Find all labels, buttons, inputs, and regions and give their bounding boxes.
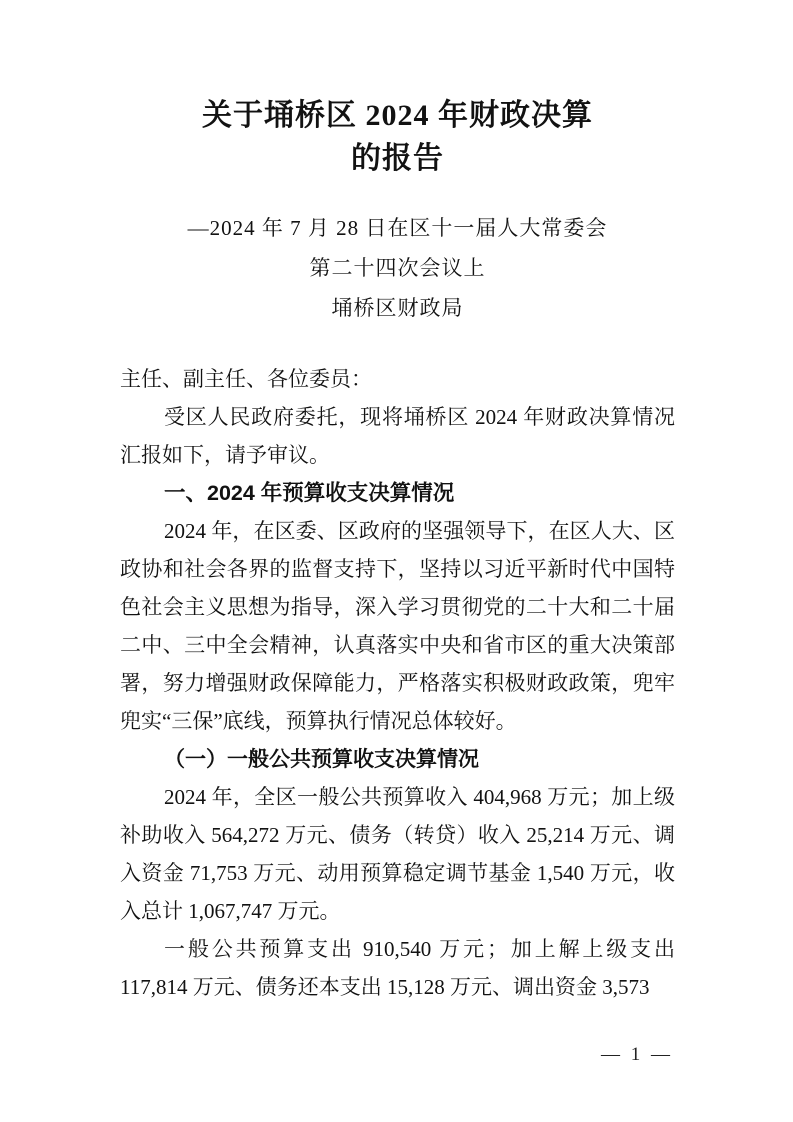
section-1-paragraph: 2024 年，在区委、区政府的坚强领导下，在区人大、区政协和社会各界的监督支持下… (120, 512, 675, 740)
page-number: — 1 — (601, 1044, 673, 1066)
document-body: 主任、副主任、各位委员： 受区人民政府委托，现将埇桥区 2024 年财政决算情况… (120, 360, 675, 1006)
subtitle-issuing-agency: 埇桥区财政局 (120, 288, 675, 328)
title-line-2: 的报告 (120, 137, 675, 180)
subtitle-meeting-date: —2024 年 7 月 28 日在区十一届人大常委会 (120, 208, 675, 248)
document-subtitle: —2024 年 7 月 28 日在区十一届人大常委会 第二十四次会议上 埇桥区财… (120, 208, 675, 328)
subsection-1-heading: （一）一般公共预算收支决算情况 (120, 740, 675, 778)
document-content: 关于埇桥区 2024 年财政决算 的报告 —2024 年 7 月 28 日在区十… (0, 0, 793, 1006)
salutation: 主任、副主任、各位委员： (120, 360, 675, 398)
subtitle-meeting-session: 第二十四次会议上 (120, 248, 675, 288)
intro-paragraph: 受区人民政府委托，现将埇桥区 2024 年财政决算情况汇报如下，请予审议。 (120, 398, 675, 474)
revenue-paragraph: 2024 年，全区一般公共预算收入 404,968 万元；加上级补助收入 564… (120, 778, 675, 930)
expenditure-paragraph: 一般公共预算支出 910,540 万元；加上解上级支出 117,814 万元、债… (120, 930, 675, 1006)
document-title: 关于埇桥区 2024 年财政决算 的报告 (120, 0, 675, 180)
document-page: 关于埇桥区 2024 年财政决算 的报告 —2024 年 7 月 28 日在区十… (0, 0, 793, 1122)
section-1-heading: 一、2024 年预算收支决算情况 (120, 474, 675, 512)
title-line-1: 关于埇桥区 2024 年财政决算 (120, 94, 675, 137)
